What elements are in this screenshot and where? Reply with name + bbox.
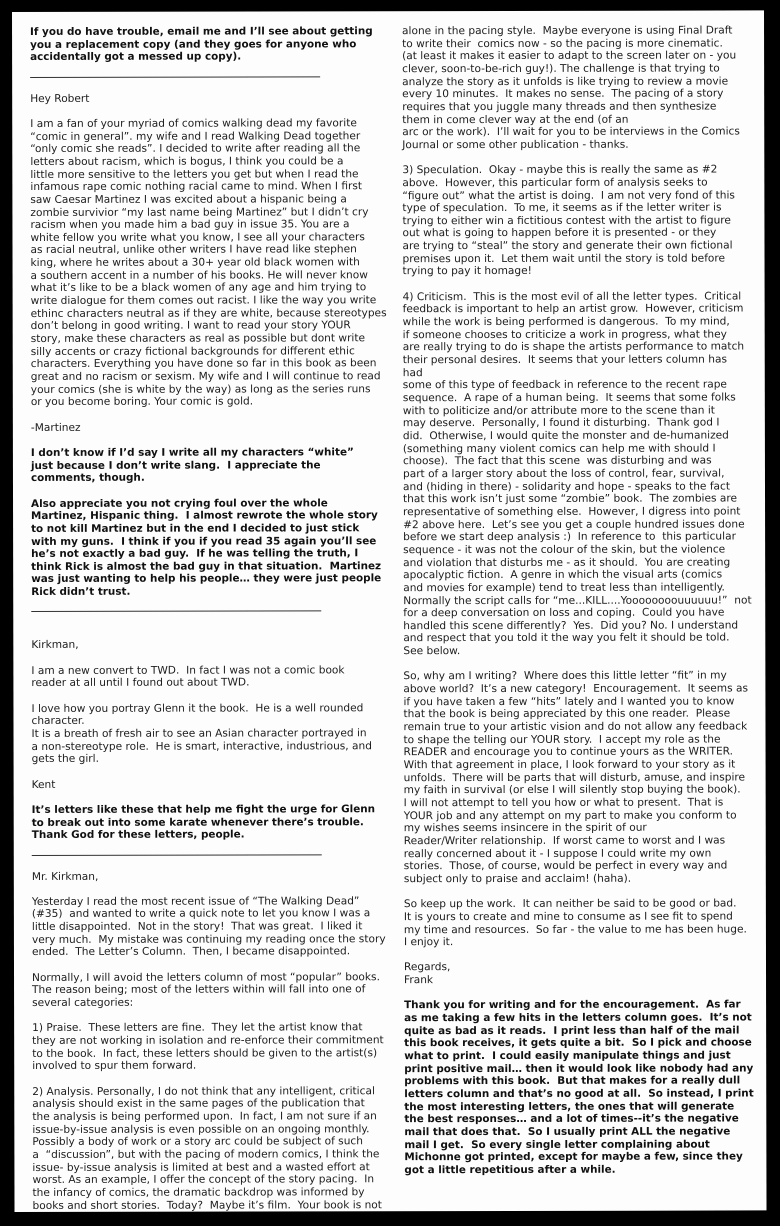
- text-line: infamous rape comic nothing racial came …: [30, 180, 390, 193]
- text-line: “only comic she reads”. I decided to wri…: [30, 142, 390, 155]
- text-line: got a little repetitious after a while.: [404, 1163, 764, 1176]
- text-line: Also appreciate you not crying foul over…: [31, 497, 391, 510]
- text-line: premises upon it. Let them wait until th…: [403, 252, 763, 265]
- text-line: some of this type of feedback in referen…: [403, 379, 763, 392]
- letter-martinez-body: I am a fan of your myriad of comics walk…: [30, 117, 391, 409]
- text-line: 2) Analysis. Personally, I do not think …: [32, 1085, 392, 1098]
- text-line: I enjoy it.: [404, 936, 764, 949]
- text-line: Regards,: [404, 961, 764, 974]
- text-line: Possibly a body of work or a story arc c…: [32, 1135, 392, 1148]
- text-line: I love how you portray Glenn it the book…: [31, 702, 391, 715]
- text-line: So keep up the work. It can neither be s…: [404, 898, 764, 911]
- text-line: involved to spur them forward.: [32, 1060, 392, 1073]
- text-line: to break out into some karate whenever t…: [32, 816, 392, 829]
- text-line: great and no racism or sexism. My wife a…: [31, 370, 391, 383]
- text-line: ended. The Letter’s Column. Then, I beca…: [32, 946, 392, 959]
- text-line: really concerned about it - I suppose I …: [404, 847, 764, 860]
- text-line: Martinez, Hispanic thing. I almost rewro…: [31, 509, 391, 522]
- text-line: as me taking a few hits in the letters c…: [404, 1012, 764, 1025]
- text-line: reader at all until I found out about TW…: [31, 677, 391, 690]
- text-line: are really trying to do is shape the art…: [403, 341, 763, 354]
- text-line: a non-stereotype role. He is smart, inte…: [32, 740, 392, 753]
- text-line: representative of something else. Howeve…: [403, 505, 763, 518]
- text-line: unfolds. There will be parts that will d…: [404, 771, 764, 784]
- text-line: issue-by-issue analysis is even possible…: [32, 1123, 392, 1136]
- salutation-mr-kirkman: Mr. Kirkman,: [32, 870, 392, 883]
- text-line: Kent: [32, 778, 392, 791]
- text-line: for a deep conversation on loss and copi…: [403, 607, 763, 620]
- reply-frank: Thank you for writing and for the encour…: [404, 999, 764, 1177]
- text-line: to write their comics now - so the pacin…: [402, 37, 762, 50]
- text-line: (at least it makes it easier to adapt to…: [402, 50, 762, 63]
- text-line: sequence - it was not the colour of the …: [403, 543, 763, 556]
- text-line: books and short stories. Today? Maybe it…: [32, 1199, 392, 1212]
- text-line: don’t belong in good writing. I want to …: [31, 320, 391, 333]
- text-line: white fellow you write what you know, I …: [30, 231, 390, 244]
- text-line: 4) Criticism. This is the most evil of a…: [403, 290, 763, 303]
- text-line: a “discussion”, but with the pacing of m…: [32, 1148, 392, 1161]
- text-line: and respect that you told it the way you…: [403, 632, 763, 645]
- text-line: to not kill Martinez but in the end I de…: [31, 522, 391, 535]
- text-line: I don’t know if I’d say I write all my c…: [31, 446, 391, 459]
- text-line: that this work isn’t just some “zombie” …: [403, 493, 763, 506]
- signature-martinez: -Martinez: [31, 421, 391, 434]
- text-line: 3) Speculation. Okay - maybe this is rea…: [402, 164, 762, 177]
- text-line: quite as bad as it reads. I print less t…: [404, 1024, 764, 1037]
- text-line: a southern accent in a number of his boo…: [31, 269, 391, 282]
- letter-frank-criticism: 4) Criticism. This is the most evil of a…: [403, 290, 764, 658]
- letter-frank-encouragement: So, why am I writing? Where does this li…: [403, 670, 763, 886]
- text-line: sequence. A rape of a human being. It se…: [403, 391, 763, 404]
- text-line: above world? It’s a new category! Encour…: [403, 683, 763, 696]
- text-line: part of a larger story about the loss of…: [403, 467, 763, 480]
- text-line: See below.: [403, 645, 763, 658]
- text-line: your comics (she is white by the way) as…: [31, 383, 391, 396]
- letters-page: If you do have trouble, email me and I’l…: [12, 10, 767, 1212]
- text-line: silly accents or crazy fictional backgro…: [31, 345, 391, 358]
- text-line: did. Otherwise, I would quite the monste…: [403, 429, 763, 442]
- letter-frank-analysis-cont: alone in the pacing style. Maybe everyon…: [402, 24, 762, 151]
- text-line: comments, though.: [31, 471, 391, 484]
- text-line: issue- by-issue analysis is limited at b…: [32, 1161, 392, 1174]
- text-line: subject only to praise and acclaim! (hah…: [404, 872, 764, 885]
- text-line: problems with this book. But that makes …: [404, 1075, 764, 1088]
- text-line: Michonne got printed, except for maybe a…: [404, 1151, 764, 1164]
- text-line: type of speculation. To me, it seems as …: [402, 202, 762, 215]
- text-line: If you do have trouble, email me and I’l…: [30, 25, 390, 38]
- text-line: racism when you made him a bad guy in is…: [30, 218, 390, 231]
- text-line: Hey Robert: [30, 92, 390, 105]
- text-line: to shape the telling our YOUR story. I a…: [404, 733, 764, 746]
- text-line: “comic in general”. my wife and I read W…: [30, 130, 390, 143]
- text-line: Normally the script calls for “me...KILL…: [403, 594, 763, 607]
- text-line: remain true to your artistic vision and …: [403, 720, 763, 733]
- text-line: out what is going to happen before it is…: [402, 227, 762, 240]
- text-line: feedback is important to help an artist …: [403, 303, 763, 316]
- text-line: stories. Those, of course, would be perf…: [404, 860, 764, 873]
- text-line: It’s letters like these that help me fig…: [32, 803, 392, 816]
- text-line: #2 above here. Let’s see you get a coupl…: [403, 518, 763, 531]
- text-line: letters column and that’s no good at all…: [404, 1087, 764, 1100]
- text-line: while the work is being performed is dan…: [403, 315, 763, 328]
- text-line: -Martinez: [31, 421, 391, 434]
- text-line: and movies for example) tend to treat le…: [403, 581, 763, 594]
- text-line: them in come clever way at the end (of a…: [402, 113, 762, 126]
- text-line: Rick didn’t trust.: [31, 585, 391, 598]
- text-line: was just wanting to help his people… the…: [31, 573, 391, 586]
- text-line: With that agreement in place, I look for…: [404, 758, 764, 771]
- text-line: trying to either win a fictitious contes…: [402, 214, 762, 227]
- letter-frank-closing: So keep up the work. It can neither be s…: [404, 898, 764, 949]
- text-line: think Rick is almost the bad guy in that…: [31, 560, 391, 573]
- text-line: and violation that disturbs me - as it s…: [403, 556, 763, 569]
- text-line: worst. As an example, I offer the concep…: [32, 1173, 392, 1186]
- text-line: Frank: [404, 974, 764, 987]
- text-line: the infancy of comics, the dramatic back…: [32, 1186, 392, 1199]
- letter-frank-p1: Yesterday I read the most recent issue o…: [32, 895, 392, 959]
- text-line: Thank you for writing and for the encour…: [404, 999, 764, 1012]
- text-line: had: [403, 366, 763, 379]
- text-line: every 10 minutes. It makes no sense. The…: [402, 88, 762, 101]
- text-line: are trying to “steal” the story and gene…: [402, 240, 762, 253]
- text-line: zombie survivior “my last name being Mar…: [30, 206, 390, 219]
- reply-martinez-2: Also appreciate you not crying foul over…: [31, 497, 391, 599]
- spacer: [31, 627, 391, 640]
- text-line: the best responses… and a lot of times--…: [404, 1113, 764, 1126]
- text-line: clever, soon-to-be-rich guy!). The chall…: [402, 62, 762, 75]
- text-line: print positive mail… then it would look …: [404, 1062, 764, 1075]
- text-line: requires that you juggle many threads an…: [402, 100, 762, 113]
- text-line: story, make these characters as real as …: [31, 332, 391, 345]
- letter-kent-p1: I am a new convert to TWD. In fact I was…: [31, 664, 391, 690]
- text-line: what it’s like to be a black women of an…: [31, 282, 391, 295]
- text-line: Kirkman,: [31, 639, 391, 652]
- text-line: mail I get. So every single letter compl…: [404, 1138, 764, 1151]
- text-line: if someone chooses to criticize a work i…: [403, 328, 763, 341]
- section-divider: [32, 854, 322, 856]
- text-line: Reader/Writer relationship. If worst cam…: [404, 834, 764, 847]
- text-line: or you become boring. Your comic is gold…: [31, 396, 391, 409]
- text-line: characters. Everything you have done so …: [31, 358, 391, 371]
- text-line: Thank God for these letters, people.: [32, 828, 392, 841]
- letter-kent-p2: I love how you portray Glenn it the book…: [31, 702, 391, 766]
- salutation-kirkman: Kirkman,: [31, 639, 391, 652]
- text-line: I will not attempt to tell you how or wh…: [404, 796, 764, 809]
- text-line: I am a fan of your myriad of comics walk…: [30, 117, 390, 130]
- text-line: he’s not exactly a bad guy. If he was te…: [31, 547, 391, 560]
- letter-frank-p2: Normally, I will avoid the letters colum…: [32, 971, 392, 1010]
- text-line: to the book. In fact, these letters shou…: [32, 1047, 392, 1060]
- text-line: (something many violent comics can help …: [403, 442, 763, 455]
- letter-frank-analysis: 2) Analysis. Personally, I do not think …: [32, 1085, 392, 1212]
- text-line: (#35) and wanted to write a quick note t…: [32, 908, 392, 921]
- text-line: Mr. Kirkman,: [32, 870, 392, 883]
- text-line: READER and encourage you to continue you…: [404, 746, 764, 759]
- right-column: alone in the pacing style. Maybe everyon…: [402, 24, 764, 1189]
- text-line: my faith in survival (or else I will sil…: [404, 784, 764, 797]
- text-line: It is yours to create and mine to consum…: [404, 910, 764, 923]
- text-line: what to print. I could easily manipulate…: [404, 1049, 764, 1062]
- text-line: that the book is being appreciated by th…: [403, 708, 763, 721]
- text-line: character.: [31, 715, 391, 728]
- text-line: I am a new convert to TWD. In fact I was…: [31, 664, 391, 677]
- text-line: YOUR job and any attempt on my part to m…: [404, 809, 764, 822]
- letter-frank-speculation: 3) Speculation. Okay - maybe this is rea…: [402, 164, 762, 279]
- text-line: handled this scene differently? Yes. Did…: [403, 619, 763, 632]
- text-line: apocalyptic fiction. A genre in which th…: [403, 569, 763, 582]
- signature-kent: Kent: [32, 778, 392, 791]
- text-line: letters about racism, which is bogus, I …: [30, 155, 390, 168]
- text-line: Journal or some other publication - than…: [402, 138, 762, 151]
- left-column: If you do have trouble, email me and I’l…: [30, 25, 393, 1225]
- section-divider: [30, 76, 320, 78]
- text-line: little disappointed. Not in the story! T…: [32, 920, 392, 933]
- text-line: ethinc characters neutral as if they are…: [31, 307, 391, 320]
- reply-replacement-copy: If you do have trouble, email me and I’l…: [30, 25, 390, 64]
- salutation-hey-robert: Hey Robert: [30, 92, 390, 105]
- text-line: you a replacement copy (and they goes fo…: [30, 38, 390, 51]
- text-line: 1) Praise. These letters are fine. They …: [32, 1022, 392, 1035]
- text-line: with my guns. I think if you if you read…: [31, 535, 391, 548]
- text-line: “figure out” what the artist is doing. I…: [402, 189, 762, 202]
- text-line: the most interesting letters, the ones t…: [404, 1100, 764, 1113]
- text-line: above. However, this particular form of …: [402, 176, 762, 189]
- text-line: little more sensitive to the letters you…: [30, 168, 390, 181]
- text-line: if you have taken a few “hits” lately an…: [403, 695, 763, 708]
- text-line: accidentally got a messed up copy).: [30, 51, 390, 64]
- text-line: arc or the work). I’ll wait for you to b…: [402, 126, 762, 139]
- text-line: gets the girl.: [32, 753, 392, 766]
- text-line: alone in the pacing style. Maybe everyon…: [402, 24, 762, 37]
- text-line: my wishes seems insincere in the spirit …: [404, 822, 764, 835]
- text-line: Normally, I will avoid the letters colum…: [32, 971, 392, 984]
- text-line: may deserve. Personally, I found it dist…: [403, 417, 763, 430]
- letter-frank-praise: 1) Praise. These letters are fine. They …: [32, 1022, 392, 1073]
- text-line: their personal desires. It seems that yo…: [403, 353, 763, 366]
- text-line: just because I don’t write slang. I appr…: [31, 459, 391, 472]
- text-line: analysis should exist in the same pages …: [32, 1097, 392, 1110]
- text-line: they are not working in isolation and re…: [32, 1034, 392, 1047]
- text-line: several categories:: [32, 996, 392, 1009]
- text-line: with to politicize and/or attribute more…: [403, 404, 763, 417]
- text-line: as racial neutral, unlike other writers …: [30, 244, 390, 257]
- text-line: before we start deep analysis :) In refe…: [403, 531, 763, 544]
- text-line: write dialogue for them comes out racist…: [31, 294, 391, 307]
- text-line: trying to pay it homage!: [403, 265, 763, 278]
- text-line: Yesterday I read the most recent issue o…: [32, 895, 392, 908]
- text-line: saw Caesar Martinez I was excited about …: [30, 193, 390, 206]
- section-divider: [31, 611, 321, 613]
- text-line: the analysis is being performed upon. In…: [32, 1110, 392, 1123]
- text-line: this book receives, it gets quite a bit.…: [404, 1037, 764, 1050]
- text-line: It is a breath of fresh air to see an As…: [31, 727, 391, 740]
- text-line: king, where he writes about a 30+ year o…: [31, 256, 391, 269]
- text-line: So, why am I writing? Where does this li…: [403, 670, 763, 683]
- text-line: my time and resources. So far - the valu…: [404, 923, 764, 936]
- reply-kent: It’s letters like these that help me fig…: [32, 803, 392, 842]
- text-line: choose). The fact that this scene was di…: [403, 455, 763, 468]
- text-line: and (hiding in there) - solidarity and h…: [403, 480, 763, 493]
- text-line: analyze the story as it unfolds is like …: [402, 75, 762, 88]
- signature-frank: Regards,Frank: [404, 961, 764, 987]
- text-line: very much. My mistake was continuing my …: [32, 933, 392, 946]
- text-line: mail that does that. So I usually print …: [404, 1125, 764, 1138]
- reply-martinez-1: I don’t know if I’d say I write all my c…: [31, 446, 391, 485]
- text-line: The reason being; most of the letters wi…: [32, 984, 392, 997]
